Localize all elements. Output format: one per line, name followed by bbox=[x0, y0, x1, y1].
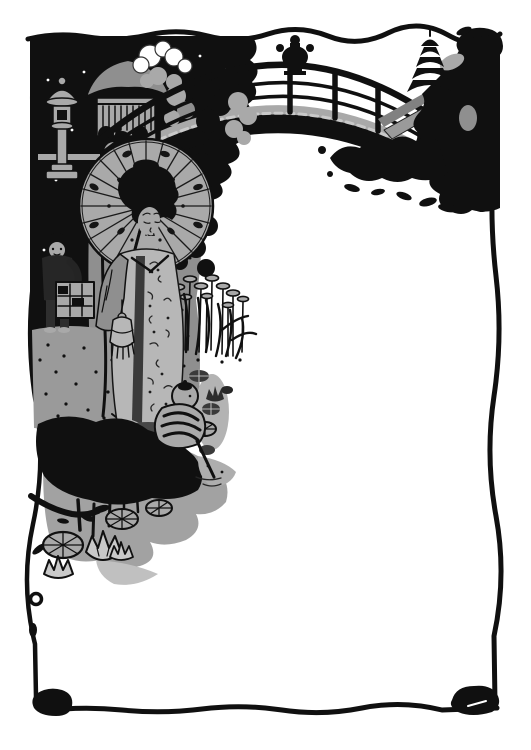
leaf-spray bbox=[318, 136, 459, 213]
illustration-page bbox=[0, 0, 531, 750]
illustration bbox=[0, 0, 531, 750]
corner-blob-bottom-right bbox=[451, 686, 499, 715]
corner-blob-bottom-left bbox=[32, 689, 72, 716]
